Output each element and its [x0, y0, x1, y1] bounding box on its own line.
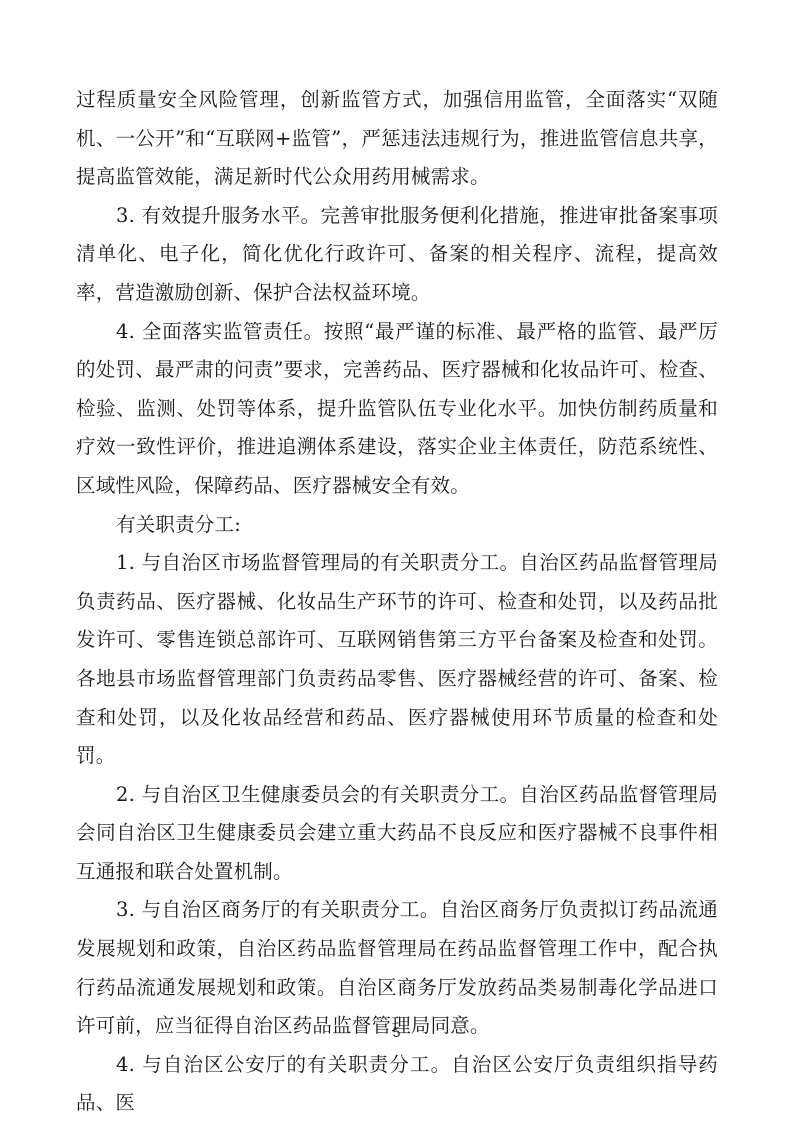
paragraph-division-3-commerce-department: 3. 与自治区商务厅的有关职责分工。自治区商务厅负责拟订药品流通发展规划和政策，… [76, 891, 718, 1045]
paragraph-division-4-public-security: 4. 与自治区公安厅的有关职责分工。自治区公安厅负责组织指导药品、医 [76, 1046, 718, 1122]
page-number: 5 [0, 1024, 793, 1040]
paragraph-division-1-market-regulation: 1. 与自治区市场监督管理局的有关职责分工。自治区药品监督管理局负责药品、医疗器… [76, 544, 718, 776]
document-page-body: 过程质量安全风险管理，创新监管方式，加强信用监管，全面落实“双随机、一公开”和“… [76, 81, 718, 1122]
section-heading-division-of-duties: 有关职责分工: [76, 506, 718, 545]
paragraph-item-4-supervision-responsibility: 4. 全面落实监管责任。按照“最严谨的标准、最严格的监管、最严厉的处罚、最严肃的… [76, 313, 718, 506]
paragraph-division-2-health-commission: 2. 与自治区卫生健康委员会的有关职责分工。自治区药品监督管理局会同自治区卫生健… [76, 776, 718, 892]
paragraph-item-3-service-level: 3. 有效提升服务水平。完善审批服务便利化措施，推进审批备案事项清单化、电子化，… [76, 197, 718, 313]
paragraph-continuation: 过程质量安全风险管理，创新监管方式，加强信用监管，全面落实“双随机、一公开”和“… [76, 81, 718, 197]
